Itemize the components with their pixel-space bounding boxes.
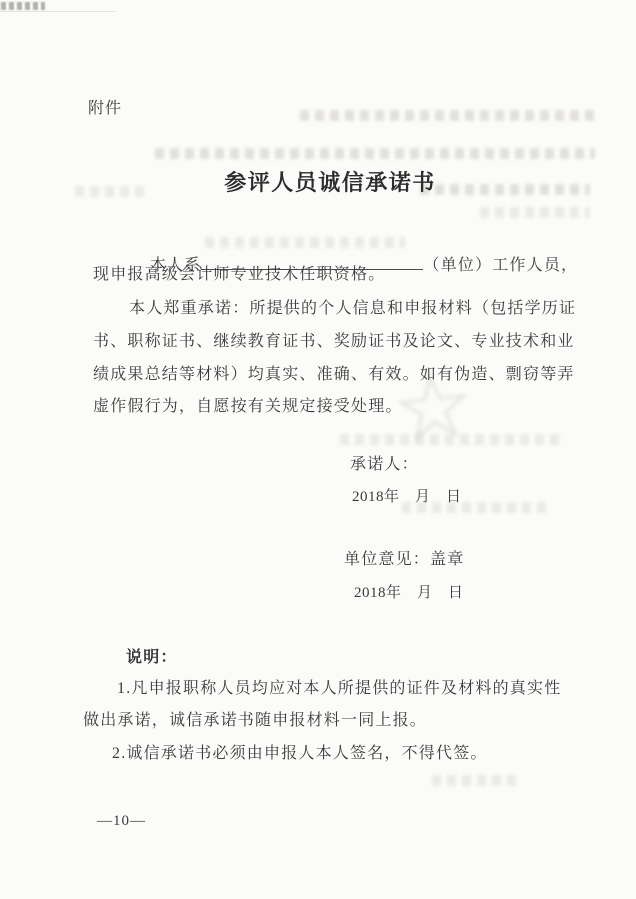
- para2-line4: 虚作假行为，自愿按有关规定接受处理。: [93, 397, 403, 417]
- notes-heading: 说明：: [126, 648, 178, 668]
- para1-line2: 现申报高级会计师专业技术任职资格。: [93, 265, 385, 285]
- attachment-label: 附件: [88, 99, 122, 119]
- scanner-corner-artifact: [1, 2, 45, 10]
- para2-line1: 本人郑重承诺：所提供的个人信息和申报材料（包括学历证: [129, 299, 576, 319]
- para2-line3: 绩成果总结等材料）均真实、准确、有效。如有伪造、剽窃等弄: [93, 365, 575, 385]
- bleed-through-smudge: [480, 207, 590, 218]
- note1-line1: 1.凡申报职称人员均应对本人所提供的证件及材料的真实性: [117, 679, 561, 699]
- promisor-date: 2018年 月 日: [352, 487, 462, 507]
- unit-date: 2018年 月 日: [354, 583, 464, 603]
- scanner-edge-line: [0, 11, 116, 12]
- document-title: 参评人员诚信承诺书: [12, 166, 636, 197]
- bleed-through-smudge: [155, 148, 595, 159]
- bleed-through-smudge: [340, 434, 560, 445]
- unit-opinion-label: 单位意见：盖章: [344, 550, 464, 570]
- bleed-through-smudge: [300, 110, 600, 121]
- note1-line2: 做出承诺，诚信承诺书随申报材料一同上报。: [83, 711, 427, 731]
- para1-suffix: （单位）工作人员，: [423, 257, 578, 274]
- para1-line1: 本人系（单位）工作人员，: [129, 232, 578, 296]
- para2-line2: 书、职称证书、继续教育证书、奖励证书及论文、专业技术和业: [93, 332, 575, 352]
- scanned-document-page: ☆ 附件 参评人员诚信承诺书 本人系（单位）工作人员， 现申报高级会计师专业技术…: [0, 0, 636, 899]
- page-number: —10—: [97, 811, 146, 831]
- promisor-label: 承诺人：: [350, 455, 419, 475]
- bleed-through-smudge: [432, 775, 517, 786]
- note2-line: 2.诚信承诺书必须由申报人本人签名，不得代签。: [112, 744, 488, 764]
